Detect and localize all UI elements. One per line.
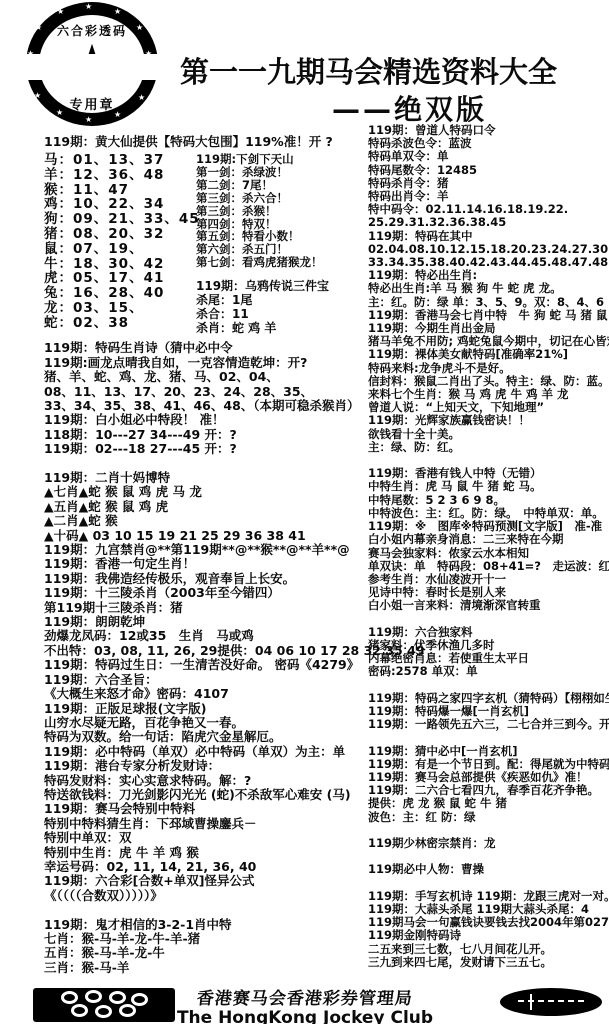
- text-line: 特码单双令：单: [368, 150, 609, 163]
- star-icon: [57, 8, 64, 16]
- text-line: 119期：二肖十妈博特: [44, 471, 349, 485]
- text-line: 中特尾数：5 2 3 6 9 8。: [368, 494, 609, 507]
- text-line: 赛马会独家料：侬家云水本相知: [368, 547, 609, 560]
- footer: 香港赛马会香港彩券管理局 The HongKong Jockey Club: [0, 984, 609, 1024]
- text-line: 波色：主：红 防：绿: [368, 811, 609, 824]
- text-line: ▲二肖▲蛇 猴: [44, 514, 349, 528]
- zodiac-number-list: 马：01、13、37羊：12、36、48猴：11、47鸡：10、22、34狗：0…: [44, 153, 196, 335]
- text-line: 119期：港台专家分析发财诗：: [44, 759, 349, 773]
- text-line: 猪、羊、蛇、鸡、龙、猪、马、02、04、: [44, 370, 349, 384]
- text-line: 中特生肖：虎 马 鼠 牛 猪 蛇 马。: [368, 480, 609, 493]
- text-line: ▲五肖▲蛇 猴 鼠 鸡 虎: [44, 500, 349, 514]
- text-line: 七肖：猴-马-羊-龙-牛-羊-猪: [44, 932, 349, 946]
- text-line: 119期必中人物：曹操: [368, 863, 609, 876]
- text-line: 特码发财料：实心实意求特码。解：?: [44, 774, 349, 788]
- text-line: 119期：一路领先五六三，二七合并三到今。开（？？）: [368, 718, 609, 731]
- ring-icon: [61, 991, 78, 1004]
- text-line: 第119期十三陵杀肖：猪: [44, 601, 349, 615]
- text-line: 119期:画龙点晴我自如，一克容情造乾坤：开?: [44, 356, 349, 370]
- text-line: 龙：03、15、: [44, 301, 196, 316]
- text-line: 提供：虎 龙 猴 鼠 蛇 牛 猪: [368, 797, 609, 810]
- text-line: [368, 613, 609, 626]
- text-line: 特送欲钱料：刀光剑影闪光光 (蛇)不杀敌军心难安 (马): [44, 788, 349, 802]
- text-line: 119期:下剑下天山: [196, 153, 349, 166]
- ring-icon: [109, 991, 126, 1004]
- text-line: 119期：乌鸦传说三件宝: [196, 280, 349, 294]
- text-line: 特别中特料猜生肖：下邳域曹操鏖兵－: [44, 817, 349, 831]
- text-line: 119期：特码在其中: [368, 230, 609, 243]
- text-line: 第一剑：杀绿波！: [196, 166, 349, 179]
- text-line: 119期金刚特码诗: [368, 929, 609, 942]
- text-line: 马：01、13、37: [44, 153, 196, 168]
- footer-org-chinese: 香港赛马会香港彩券管理局: [159, 984, 452, 1009]
- star-icon: [85, 116, 92, 124]
- text-line: 118期：10---27 34---49 开：?: [44, 428, 349, 442]
- ring-icon: [85, 990, 102, 1003]
- stamp-bottom-text: 专用章: [26, 94, 158, 113]
- zodiac-swords-block: 马：01、13、37羊：12、36、48猴：11、47鸡：10、22、34狗：0…: [44, 153, 349, 335]
- text-line: 119期：十三陵杀肖（2003年至今错四）: [44, 586, 349, 600]
- text-line: 密码:2578 单双：单: [368, 665, 609, 678]
- text-line: 特别中生肖：虎 牛 羊 鸡 猴: [44, 846, 349, 860]
- text-line: 119期：02---18 27---45 开：?: [44, 442, 349, 456]
- text-line: 119期：特码之家四字玄机（猜特码）【栩栩如生】: [368, 692, 609, 705]
- page-title: 第一一九期马会精选资料大全: [180, 50, 557, 91]
- star-icon: [85, 3, 92, 11]
- text-line: 119期：有是一个节日到。配：得尾就为中特码。: [368, 758, 609, 771]
- text-line: 119期：九宫禁肖@**第119期**@**猴**@**羊**@: [44, 543, 349, 557]
- text-line: 不出特：03, 08, 11, 26, 29提供：04 06 10 17 28 …: [44, 644, 349, 658]
- text-line: [368, 731, 609, 744]
- right-column: 119期：曾道人特码口令特码杀波色令：蓝波特码单双令：单特码尾数令：12485特…: [368, 124, 609, 969]
- text-line: 119期少林密宗禁肖：龙: [368, 837, 609, 850]
- text-line: 特码来料:龙争虎斗不是好。: [368, 362, 609, 375]
- text-line: 第二剑：7尾！: [196, 179, 349, 192]
- text-line: [44, 903, 349, 917]
- text-line: 119期：特码过生日：一生清苦没好命。 密码《4279》: [44, 658, 349, 672]
- text-line: 119期：手写玄机诗 119期：龙跟三虎对一对。: [368, 890, 609, 903]
- text-line: 杀尾：1尾: [196, 294, 349, 308]
- text-line: 特别中单双：双: [44, 831, 349, 845]
- text-line: 猪：08、20、32: [44, 227, 196, 242]
- text-line: 《大概生来怒才命》密码：4107: [44, 687, 349, 701]
- text-line: ▲十码▲ 03 10 15 19 21 25 29 36 38 41: [44, 529, 349, 543]
- text-line: [368, 679, 609, 692]
- text-line: 第三剑：杀六合！: [196, 192, 349, 205]
- text-line: ▲七肖▲蛇 猴 鼠 鸡 虎 马 龙: [44, 485, 349, 499]
- text-line: 杀合：11: [196, 308, 349, 322]
- text-line: 119期：朗朗乾坤: [44, 615, 349, 629]
- text-line: 杀肖：蛇 鸡 羊: [196, 322, 349, 336]
- text-line: 119期：鬼才相信的3-2-1肖中特: [44, 918, 349, 932]
- text-line: 119期：六合圣旨：: [44, 673, 349, 687]
- text-line: 33、34、35、38、41、46、48、（本期可稳杀猴肖）: [44, 399, 349, 413]
- text-line: 119期：正版足球报(文字版): [44, 702, 349, 716]
- text-line: 119期：六合独家料: [368, 626, 609, 639]
- left-intro-line: 119期：黄大仙提供【特码大包围】119%准！开 ?: [44, 134, 349, 150]
- text-line: 119期：裸体美女献特码[准确率21%]: [368, 348, 609, 361]
- text-line: 山穷水尽疑无路，百花争艳又一春。: [44, 716, 349, 730]
- text-line: 119期：香港一句定生肖！: [44, 557, 349, 571]
- text-line: 兔：16、28、40: [44, 286, 196, 301]
- text-line: 欲钱看十全十美。: [368, 428, 609, 441]
- text-line: 蛇：02、38: [44, 316, 196, 331]
- text-line: 08、11、13、17、20、23、24、28、35、: [44, 385, 349, 399]
- text-line: 劲爆龙凤码：12或35 生肖 马或鸡: [44, 629, 349, 643]
- text-line: 白小姐一言来料：清境渐深官转重: [368, 599, 609, 612]
- text-line: 25.29.31.32.36.38.45: [368, 216, 609, 229]
- text-line: 羊：12、36、48: [44, 168, 196, 183]
- text-line: 单双诀：单 特码段：08+41=? 走运波：红 蓝: [368, 560, 609, 573]
- text-line: [44, 457, 349, 471]
- text-line: 119期：猜中必中[一肖玄机]: [368, 745, 609, 758]
- star-icon: [114, 8, 121, 16]
- text-line: 三肖：猴-马-羊: [44, 961, 349, 975]
- ring-icon: [95, 1005, 112, 1018]
- text-line: 第七剑：看鸡虎猪猴龙！: [196, 256, 349, 269]
- stamp-white-band: [0, 54, 188, 80]
- text-line: 三九到来四七尾，发财请下三五七。: [368, 956, 609, 969]
- text-line: [368, 877, 609, 890]
- footer-org-names: 香港赛马会香港彩券管理局 The HongKong Jockey Club: [160, 984, 450, 1024]
- text-line: [368, 824, 609, 837]
- ring-icon: [131, 993, 148, 1006]
- text-line: 鸡：10、22、34: [44, 197, 196, 212]
- sword-column: 119期:下剑下天山第一剑：杀绿波！第二剑：7尾！第三剑：杀六合！第三剑：杀猴！…: [196, 153, 349, 335]
- crow-legend-list: 119期：乌鸦传说三件宝杀尾：1尾杀合：11杀肖：蛇 鸡 羊: [196, 280, 349, 335]
- ring-icon: [119, 1004, 136, 1017]
- text-line: 主：红。防：绿 单：3、5、9。双：8、4、6: [368, 296, 609, 309]
- text-line: 幸运号码：02, 11, 14, 21, 36, 40: [44, 860, 349, 874]
- left-column: 119期：黄大仙提供【特码大包围】119%准！开 ? 马：01、13、37羊：1…: [44, 134, 349, 975]
- text-line: 狗：09、21、33、45: [44, 212, 196, 227]
- text-line: 119期：我佛造经传极乐，观音奉旨上长安。: [44, 572, 349, 586]
- ring-icon: [71, 1004, 88, 1017]
- sword-list: 119期:下剑下天山第一剑：杀绿波！第二剑：7尾！第三剑：杀六合！第三剑：杀猴！…: [196, 153, 349, 269]
- text-line: 特码尾数令：12485: [368, 164, 609, 177]
- footer-org-english: The HongKong Jockey Club: [160, 1008, 450, 1024]
- text-line: 119期：赛马会特别中特料: [44, 802, 349, 816]
- lottery-info-sheet: 六合彩透码 专用章 第一一九期马会精选资料大全 ——绝双版 119期：黄大仙提供…: [0, 0, 609, 1024]
- text-line: 119期：必中特码（单双）必中特码（单双）为主：单: [44, 745, 349, 759]
- text-line: 119期：特码生肖诗（猜中必中令: [44, 341, 349, 355]
- text-line: 119期：六合彩[合数+单双]怪异公式: [44, 874, 349, 888]
- text-line: 白小姐内幕亲身消息：二三来特在今期: [368, 533, 609, 546]
- text-line: 特码为双数。给一句话：陷虎穴金星解厄。: [44, 730, 349, 744]
- text-line: 第三剑：杀猴！: [196, 205, 349, 218]
- text-line: 119期：光辉家族赢钱密诀！！: [368, 414, 609, 427]
- text-line: 二五来到三七数，七八月间花儿开。: [368, 943, 609, 956]
- page-subtitle: ——绝双版: [332, 88, 487, 128]
- text-line: 特必出生肖:羊 马 猴 狗 牛 蛇 虎 龙。: [368, 282, 609, 295]
- text-line: 主：绿、防：红。: [368, 441, 609, 454]
- left-body-lines: 119期：特码生肖诗（猜中必中令119期:画龙点晴我自如，一克容情造乾坤：开?猪…: [44, 341, 349, 975]
- jockey-club-rings-logo: [33, 988, 175, 1022]
- text-line: 鼠：07、19、: [44, 242, 196, 257]
- text-line: 《（（（（合数双）））））》: [44, 889, 349, 903]
- oval-stamp-logo: [500, 988, 602, 1016]
- text-line: 虎：05、17、41: [44, 271, 196, 286]
- text-line: 119期：白小姐必中特段！ 准！: [44, 413, 349, 427]
- text-line: 五肖：猴-马-羊-龙-牛: [44, 946, 349, 960]
